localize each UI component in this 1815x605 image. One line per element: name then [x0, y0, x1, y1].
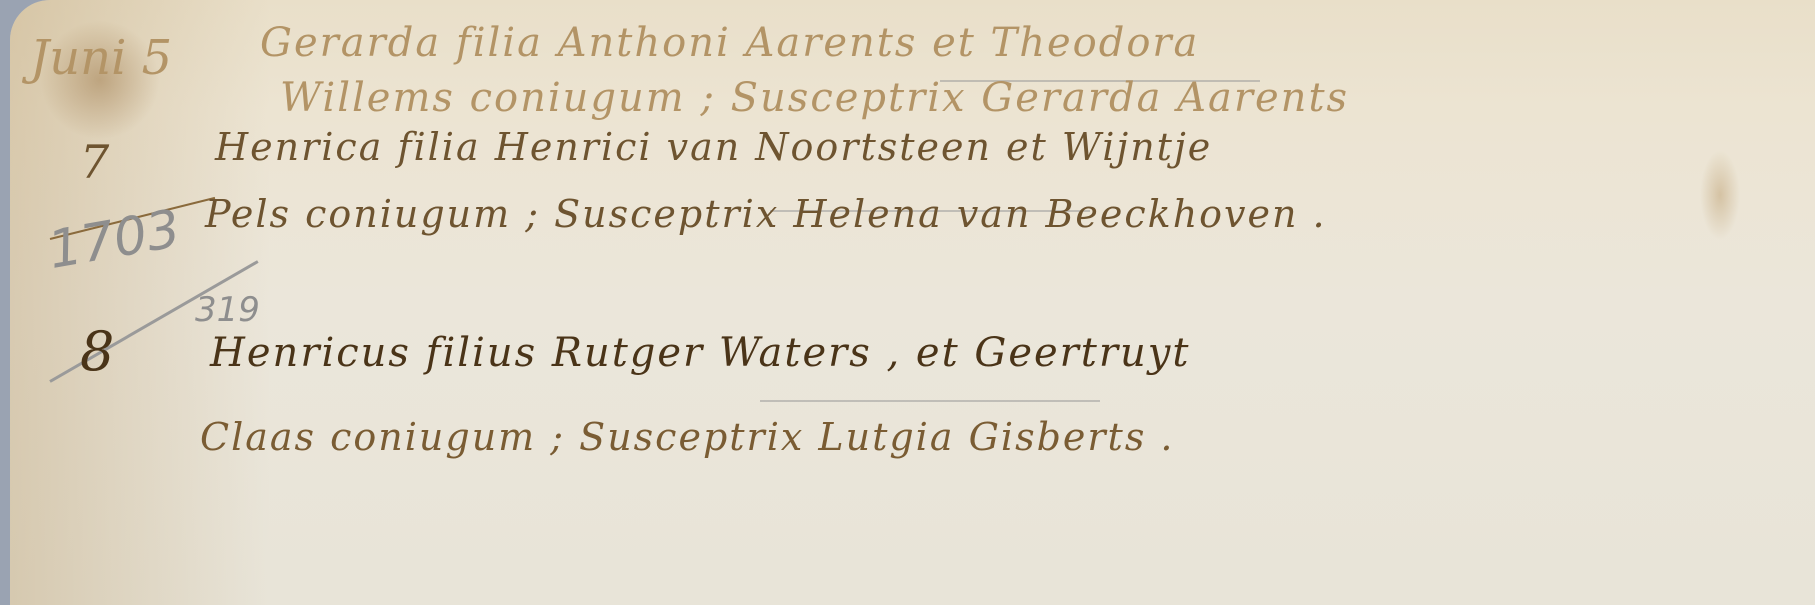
ink-stain [1700, 150, 1740, 240]
entry-3-line-1: Henricus filius Rutger Waters , et Geert… [210, 330, 1190, 376]
entry-1-line-1: Gerarda filia Anthoni Aarents et Theodor… [260, 20, 1199, 66]
pencil-rule [760, 400, 1100, 402]
register-page: Juni 5 7 1703 319 8 Gerarda filia Anthon… [10, 0, 1815, 605]
entry-3-line-2: Claas coniugum ; Susceptrix Lutgia Gisbe… [200, 415, 1174, 459]
folio-number: 319 [195, 290, 260, 330]
margin-day-7: 7 [80, 135, 109, 189]
entry-1-line-2: Willems coniugum ; Susceptrix Gerarda Aa… [280, 75, 1349, 121]
margin-date-note: Juni 5 [30, 30, 172, 86]
entry-2-line-2: Pels coniugum ; Susceptrix Helena van Be… [205, 192, 1327, 236]
entry-2-line-1: Henrica filia Henrici van Noortsteen et … [215, 125, 1212, 169]
margin-year: 1703 [44, 199, 185, 281]
margin-day-8: 8 [80, 320, 114, 383]
